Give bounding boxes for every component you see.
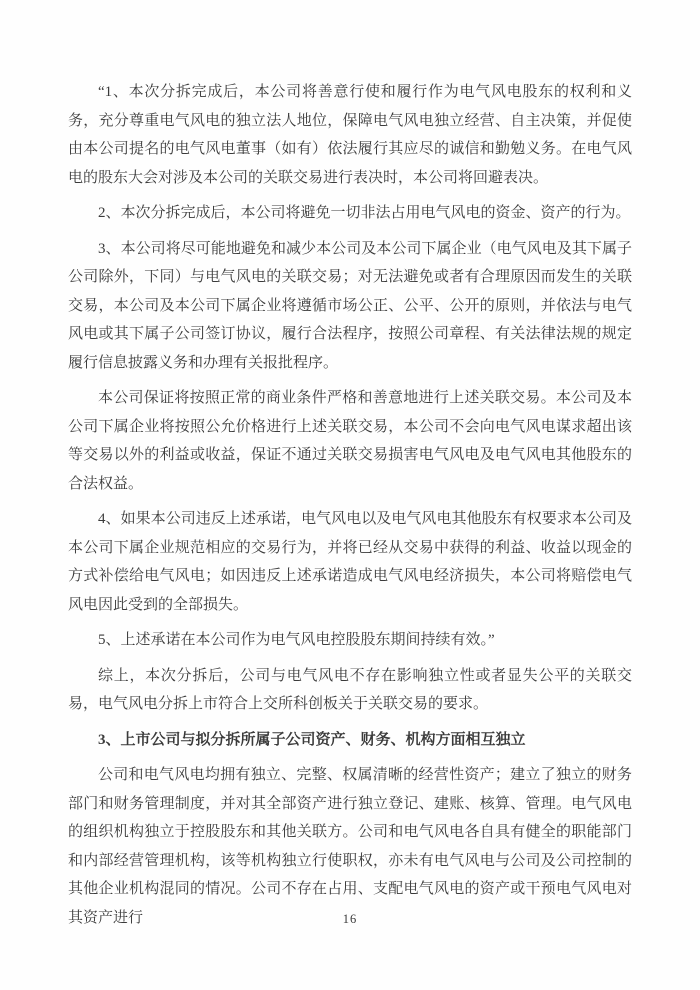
document-body: “1、本次分拆完成后，本公司将善意行使和履行作为电气风电股东的权利和义务，充分尊…	[68, 78, 632, 932]
paragraph-commitment-3-continued: 本公司保证将按照正常的商业条件严格和善意地进行上述关联交易。本公司及本公司下属企…	[68, 384, 632, 498]
paragraph-commitment-2: 2、本次分拆完成后，本公司将避免一切非法占用电气风电的资金、资产的行为。	[68, 199, 632, 228]
section-heading-independence: 3、上市公司与拟分拆所属子公司资产、财务、机构方面相互独立	[68, 726, 632, 755]
paragraph-commitment-1: “1、本次分拆完成后，本公司将善意行使和履行作为电气风电股东的权利和义务，充分尊…	[68, 78, 632, 192]
paragraph-commitment-3: 3、本公司将尽可能地避免和减少本公司及本公司下属企业（电气风电及其下属子公司除外…	[68, 235, 632, 378]
document-page: “1、本次分拆完成后，本公司将善意行使和履行作为电气风电股东的权利和义务，充分尊…	[0, 0, 700, 990]
page-number: 16	[343, 912, 358, 926]
paragraph-commitment-5: 5、上述承诺在本公司作为电气风电控股股东期间持续有效。”	[68, 626, 632, 655]
paragraph-summary: 综上，本次分拆后，公司与电气风电不存在影响独立性或者显失公平的关联交易，电气风电…	[68, 662, 632, 719]
paragraph-independence-body: 公司和电气风电均拥有独立、完整、权属清晰的经营性资产；建立了独立的财务部门和财务…	[68, 761, 632, 932]
paragraph-commitment-4: 4、如果本公司违反上述承诺，电气风电以及电气风电其他股东有权要求本公司及本公司下…	[68, 505, 632, 619]
page-footer: 16	[0, 910, 700, 928]
